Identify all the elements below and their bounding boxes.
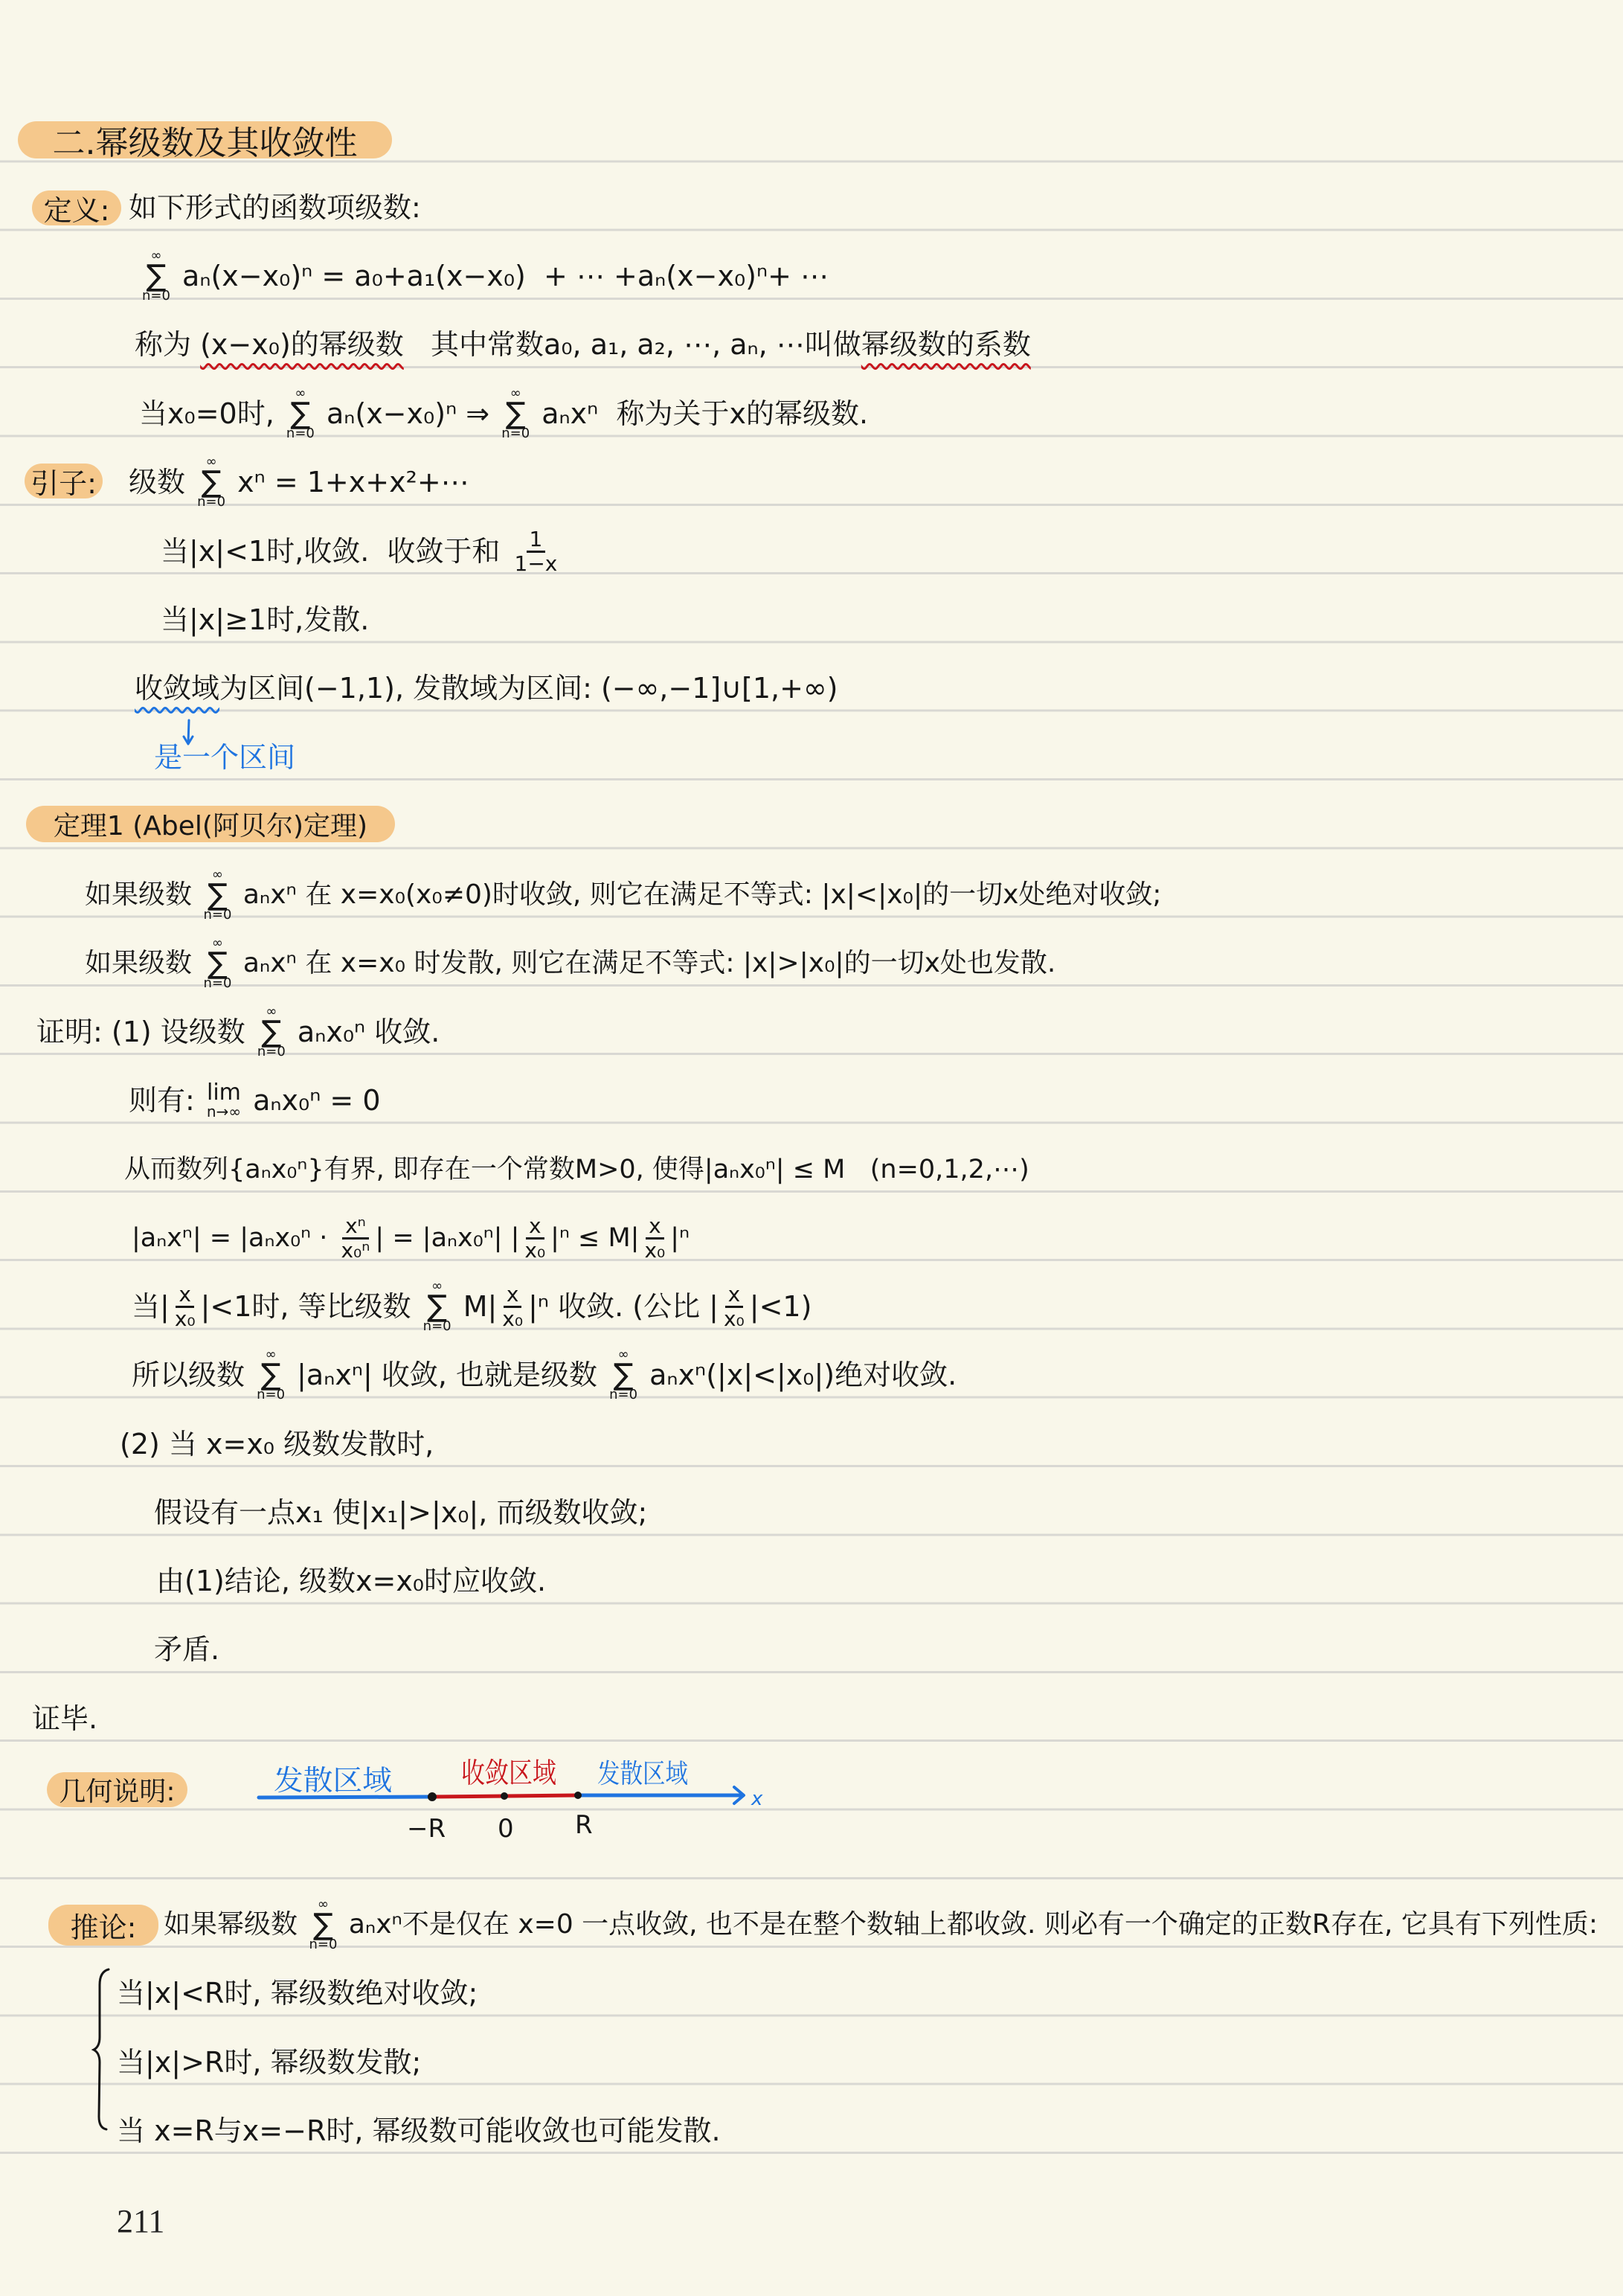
summation: ∞∑n=0 <box>203 937 231 990</box>
inequality-part-a: |aₙxⁿ| = |aₙx₀ⁿ · <box>132 1216 335 1260</box>
naming-middle: 其中常数a₀, a₁, a₂, ⋯, aₙ, ⋯叫做 <box>404 322 861 367</box>
intro-domains: 收敛域为区间(−1,1), 发散域为区间: (−∞,−1]∪[1,+∞) <box>135 666 838 711</box>
sigma-symbol: ∑ <box>261 1362 281 1388</box>
fraction: 11−x <box>512 528 561 574</box>
point-r <box>574 1792 582 1799</box>
proof-absolute: 所以级数 ∞∑n=0 |aₙxⁿ| 收敛, 也就是级数 ∞∑n=0 aₙxⁿ(|… <box>132 1353 957 1397</box>
special-case-right-term: aₙxⁿ <box>533 391 607 436</box>
fraction-numerator: x <box>504 1283 522 1307</box>
special-case-suffix: 称为关于x的幂级数. <box>607 391 868 436</box>
qed-text: 证毕. <box>32 1696 97 1741</box>
sum-lower-limit: n=0 <box>286 427 315 440</box>
convergence-domain-underlined: 收敛域 <box>135 666 219 711</box>
intro-converge: 当|x|<1时,收敛. 收敛于和 11−x <box>161 529 562 574</box>
part2-intro-text: (2) 当 x=x₀ 级数发散时, <box>120 1422 434 1466</box>
intro-series-expression: xⁿ = 1+x+x²+⋯ <box>228 460 469 504</box>
definition-tag-text: 定义: <box>44 187 110 228</box>
sigma-symbol: ∑ <box>313 1911 333 1938</box>
geo-part-e: |<1) <box>750 1284 812 1329</box>
statement-prefix: 如果级数 <box>85 941 200 986</box>
theorem-statement-1: 如果级数 ∞∑n=0 aₙxⁿ 在 x=x₀(x₀≠0)时收敛, 则它在满足不等… <box>85 873 1162 917</box>
limit-prefix: 则有: <box>129 1078 204 1123</box>
definition-naming: 称为 (x−x₀)的幂级数 其中常数a₀, a₁, a₂, ⋯, aₙ, ⋯叫做… <box>135 322 1031 367</box>
proof-qed: 证毕. <box>32 1696 97 1741</box>
corollary-case-2: 当|x|>R时, 幂级数发散; <box>117 2040 421 2085</box>
power-series-term-underlined: (x−x₀)的幂级数 <box>200 322 404 367</box>
fraction-denominator: x₀ <box>641 1240 668 1261</box>
special-case-prefix: 当x₀=0时, <box>139 391 283 436</box>
proof-assume: 假设有一点x₁ 使|x₁|>|x₀|, 而级数收敛; <box>154 1490 647 1535</box>
proof-by-part1: 由(1)结论, 级数x=x₀时应收敛. <box>156 1559 546 1603</box>
lim-text: lim <box>207 1082 241 1104</box>
sigma-symbol: ∑ <box>202 469 222 496</box>
limit-operator: limn→∞ <box>207 1082 241 1119</box>
convergence-label: 收敛区域 <box>461 1757 556 1789</box>
fraction-denominator: x₀ <box>521 1240 548 1261</box>
case-text: 当|x|<R时, 幂级数绝对收敛; <box>117 1971 478 2016</box>
fraction-denominator: x₀ <box>499 1308 526 1330</box>
proof-geometric-series: 当|xx₀|<1时, 等比级数 ∞∑n=0 M|xx₀|ⁿ 收敛. (公比 |x… <box>132 1284 811 1329</box>
definition-tag: 定义: <box>32 190 121 225</box>
fraction: xx₀ <box>499 1283 526 1330</box>
contradiction-text: 矛盾. <box>154 1627 219 1672</box>
sum-lower-limit: n=0 <box>257 1045 286 1059</box>
intro-tag: 引子: <box>25 464 103 498</box>
proof-bounded: 从而数列{aₙx₀ⁿ}有界, 即存在一个常数M>0, 使得|aₙx₀ⁿ| ≤ M… <box>124 1147 1029 1192</box>
sum-lower-limit: n=0 <box>142 289 170 303</box>
statement-rest: 在 x=x₀(x₀≠0)时收敛, 则它在满足不等式: |x|<|x₀|的一切x处… <box>305 873 1161 917</box>
fraction-denominator: x₀ <box>721 1308 748 1330</box>
statement-rest: 在 x=x₀ 时发散, 则它在满足不等式: |x|>|x₀|的一切x处也发散. <box>305 941 1055 986</box>
sigma-symbol: ∑ <box>614 1362 634 1388</box>
theorem-tag-text: 定理1 (Abel(阿贝尔)定理) <box>54 805 367 843</box>
fraction: xx₀ <box>172 1283 199 1330</box>
sum-lower-limit: n=0 <box>501 427 530 440</box>
corollary-case-1: 当|x|<R时, 幂级数绝对收敛; <box>117 1971 478 2016</box>
assume-text: 假设有一点x₁ 使|x₁|>|x₀|, 而级数收敛; <box>154 1490 647 1535</box>
sigma-symbol: ∑ <box>261 1019 281 1045</box>
intro-diverge: 当|x|≥1时,发散. <box>161 597 369 642</box>
fraction-numerator: 1 <box>527 528 546 552</box>
summation: ∞∑n=0 <box>286 387 315 440</box>
summation: ∞∑n=0 <box>257 1348 285 1402</box>
statement-term: aₙxⁿ <box>234 941 305 986</box>
sigma-symbol: ∑ <box>147 263 167 289</box>
tick-label-r: R <box>575 1810 593 1840</box>
geometric-tag-text: 几何说明: <box>59 1771 175 1809</box>
diverge-text: 当|x|≥1时,发散. <box>161 597 369 642</box>
fraction-numerator: xⁿ <box>342 1215 369 1239</box>
case-text: 当|x|>R时, 幂级数发散; <box>117 2040 421 2085</box>
proof-prefix: 证明: (1) 设级数 <box>36 1010 254 1054</box>
geo-part-d: |ⁿ 收敛. (公比 | <box>528 1284 719 1329</box>
left-brace-icon <box>89 1964 119 2135</box>
axis-label: x <box>751 1788 763 1810</box>
inequality-part-c: |ⁿ ≤ M| <box>550 1216 639 1260</box>
bounded-text: 从而数列{aₙx₀ⁿ}有界, 即存在一个常数M>0, 使得|aₙx₀ⁿ| ≤ M… <box>124 1147 1029 1192</box>
right-divergence-label: 发散区域 <box>597 1759 688 1789</box>
proof-contradiction: 矛盾. <box>154 1627 219 1672</box>
geo-part-b: |<1时, 等比级数 <box>201 1284 420 1329</box>
formula-expression: aₙ(x−x₀)ⁿ = a₀+a₁(x−x₀) + ⋯ +aₙ(x−x₀)ⁿ+ … <box>173 254 829 298</box>
inequality-part-b: | = |aₙx₀ⁿ| | <box>375 1216 519 1260</box>
intro-series: 级数 ∞∑n=0 xⁿ = 1+x+x²+⋯ <box>129 460 469 504</box>
definition-intro: 如下形式的函数项级数: <box>129 185 421 230</box>
proof-term: aₙx₀ⁿ 收敛. <box>289 1010 440 1054</box>
sum-lower-limit: n=0 <box>203 908 231 922</box>
summation: ∞∑n=0 <box>423 1280 451 1333</box>
absolute-part-a: 所以级数 <box>132 1353 254 1397</box>
geometric-tag: 几何说明: <box>47 1772 187 1807</box>
fraction: xx₀ <box>641 1215 668 1261</box>
statement-prefix: 如果级数 <box>85 873 200 917</box>
proof-part1-intro: 证明: (1) 设级数 ∞∑n=0 aₙx₀ⁿ 收敛. <box>36 1010 440 1054</box>
summation: ∞∑n=0 <box>609 1348 637 1402</box>
naming-prefix: 称为 <box>135 322 200 367</box>
corollary-tag: 推论: <box>48 1905 158 1946</box>
sum-lower-limit: n=0 <box>197 496 225 509</box>
geo-part-a: 当| <box>132 1284 170 1329</box>
section-title: 二.幂级数及其收敛性 <box>53 116 358 164</box>
sigma-symbol: ∑ <box>427 1293 447 1320</box>
corollary-case-3: 当 x=R与x=−R时, 幂级数可能收敛也可能发散. <box>117 2109 721 2153</box>
fraction-denominator: x₀ⁿ <box>338 1240 373 1261</box>
converge-text: 当|x|<1时,收敛. 收敛于和 <box>161 529 510 574</box>
sum-lower-limit: n=0 <box>423 1320 451 1333</box>
tick-label-zero: 0 <box>498 1814 514 1844</box>
annotation-note-text: 是一个区间 <box>154 735 295 780</box>
absolute-part-b: |aₙxⁿ| 收敛, 也就是级数 <box>288 1353 606 1397</box>
corollary-tag-text: 推论: <box>71 1905 137 1946</box>
fraction-numerator: x <box>725 1283 744 1307</box>
proof-inequality: |aₙxⁿ| = |aₙx₀ⁿ · xⁿx₀ⁿ| = |aₙx₀ⁿ| |xx₀|… <box>132 1216 690 1260</box>
fraction-numerator: x <box>526 1215 544 1239</box>
sum-lower-limit: n=0 <box>309 1938 337 1952</box>
page-number: 211 <box>117 2202 164 2240</box>
fraction-numerator: x <box>176 1283 194 1307</box>
inequality-part-d: |ⁿ <box>670 1216 690 1260</box>
special-case-left-term: aₙ(x−x₀)ⁿ ⇒ <box>318 391 498 436</box>
left-divergence-label: 发散区域 <box>274 1764 392 1797</box>
intro-series-prefix: 级数 <box>129 460 194 504</box>
statement-term: aₙxⁿ <box>234 873 305 917</box>
point-zero <box>501 1792 508 1800</box>
summation: ∞∑n=0 <box>142 249 170 303</box>
lim-subscript: n→∞ <box>207 1104 241 1119</box>
geo-part-c: M| <box>454 1284 498 1329</box>
summation: ∞∑n=0 <box>203 868 231 922</box>
annotation-note: 是一个区间 <box>154 735 295 780</box>
absolute-part-c: aₙxⁿ(|x|<|x₀|)绝对收敛. <box>640 1353 957 1397</box>
fraction-denominator: x₀ <box>172 1308 199 1330</box>
fraction-denominator: 1−x <box>512 553 561 574</box>
limit-expression: aₙx₀ⁿ = 0 <box>244 1078 381 1123</box>
intro-tag-text: 引子: <box>30 461 97 501</box>
sigma-symbol: ∑ <box>506 400 526 427</box>
proof-limit: 则有: limn→∞ aₙx₀ⁿ = 0 <box>129 1078 381 1123</box>
summation: ∞∑n=0 <box>257 1005 286 1059</box>
section-title-highlight: 二.幂级数及其收敛性 <box>18 121 392 158</box>
theorem-tag: 定理1 (Abel(阿贝尔)定理) <box>26 806 395 842</box>
tick-label-neg-r: −R <box>407 1814 446 1844</box>
number-line-diagram: 发散区域 收敛区域 发散区域 x −R 0 R <box>245 1741 781 1845</box>
coefficients-term-underlined: 幂级数的系数 <box>861 322 1031 367</box>
summation: ∞∑n=0 <box>309 1898 337 1952</box>
point-neg-r <box>428 1792 437 1801</box>
sigma-symbol: ∑ <box>208 882 228 908</box>
sigma-symbol: ∑ <box>208 950 228 977</box>
by-part1-text: 由(1)结论, 级数x=x₀时应收敛. <box>156 1559 546 1603</box>
definition-intro-text: 如下形式的函数项级数: <box>129 185 421 230</box>
theorem-statement-2: 如果级数 ∞∑n=0 aₙxⁿ 在 x=x₀ 时发散, 则它在满足不等式: |x… <box>85 941 1055 986</box>
fraction: xx₀ <box>521 1215 548 1261</box>
definition-special-case: 当x₀=0时, ∞∑n=0 aₙ(x−x₀)ⁿ ⇒ ∞∑n=0 aₙxⁿ 称为关… <box>139 391 868 436</box>
sum-lower-limit: n=0 <box>609 1388 637 1402</box>
fraction: xⁿx₀ⁿ <box>338 1215 373 1261</box>
domains-rest: 为区间(−1,1), 发散域为区间: (−∞,−1]∪[1,+∞) <box>219 666 838 711</box>
case-text: 当 x=R与x=−R时, 幂级数可能收敛也可能发散. <box>117 2109 721 2153</box>
corollary-prefix: 如果幂级数 <box>164 1902 306 1947</box>
summation: ∞∑n=0 <box>197 455 225 509</box>
corollary-statement: 如果幂级数 ∞∑n=0 aₙxⁿ不是仅在 x=0 一点收敛, 也不是在整个数轴上… <box>164 1902 1598 1947</box>
sum-lower-limit: n=0 <box>257 1388 285 1402</box>
divergence-segment-left <box>259 1797 432 1798</box>
sigma-symbol: ∑ <box>290 400 310 427</box>
fraction: xx₀ <box>721 1283 748 1330</box>
corollary-rest: aₙxⁿ不是仅在 x=0 一点收敛, 也不是在整个数轴上都收敛. 则必有一个确定… <box>340 1902 1598 1947</box>
summation: ∞∑n=0 <box>501 387 530 440</box>
fraction-numerator: x <box>646 1215 664 1239</box>
power-series-formula: ∞∑n=0 aₙ(x−x₀)ⁿ = a₀+a₁(x−x₀) + ⋯ +aₙ(x−… <box>139 254 829 298</box>
proof-part2-intro: (2) 当 x=x₀ 级数发散时, <box>120 1422 434 1466</box>
sum-lower-limit: n=0 <box>203 977 231 990</box>
